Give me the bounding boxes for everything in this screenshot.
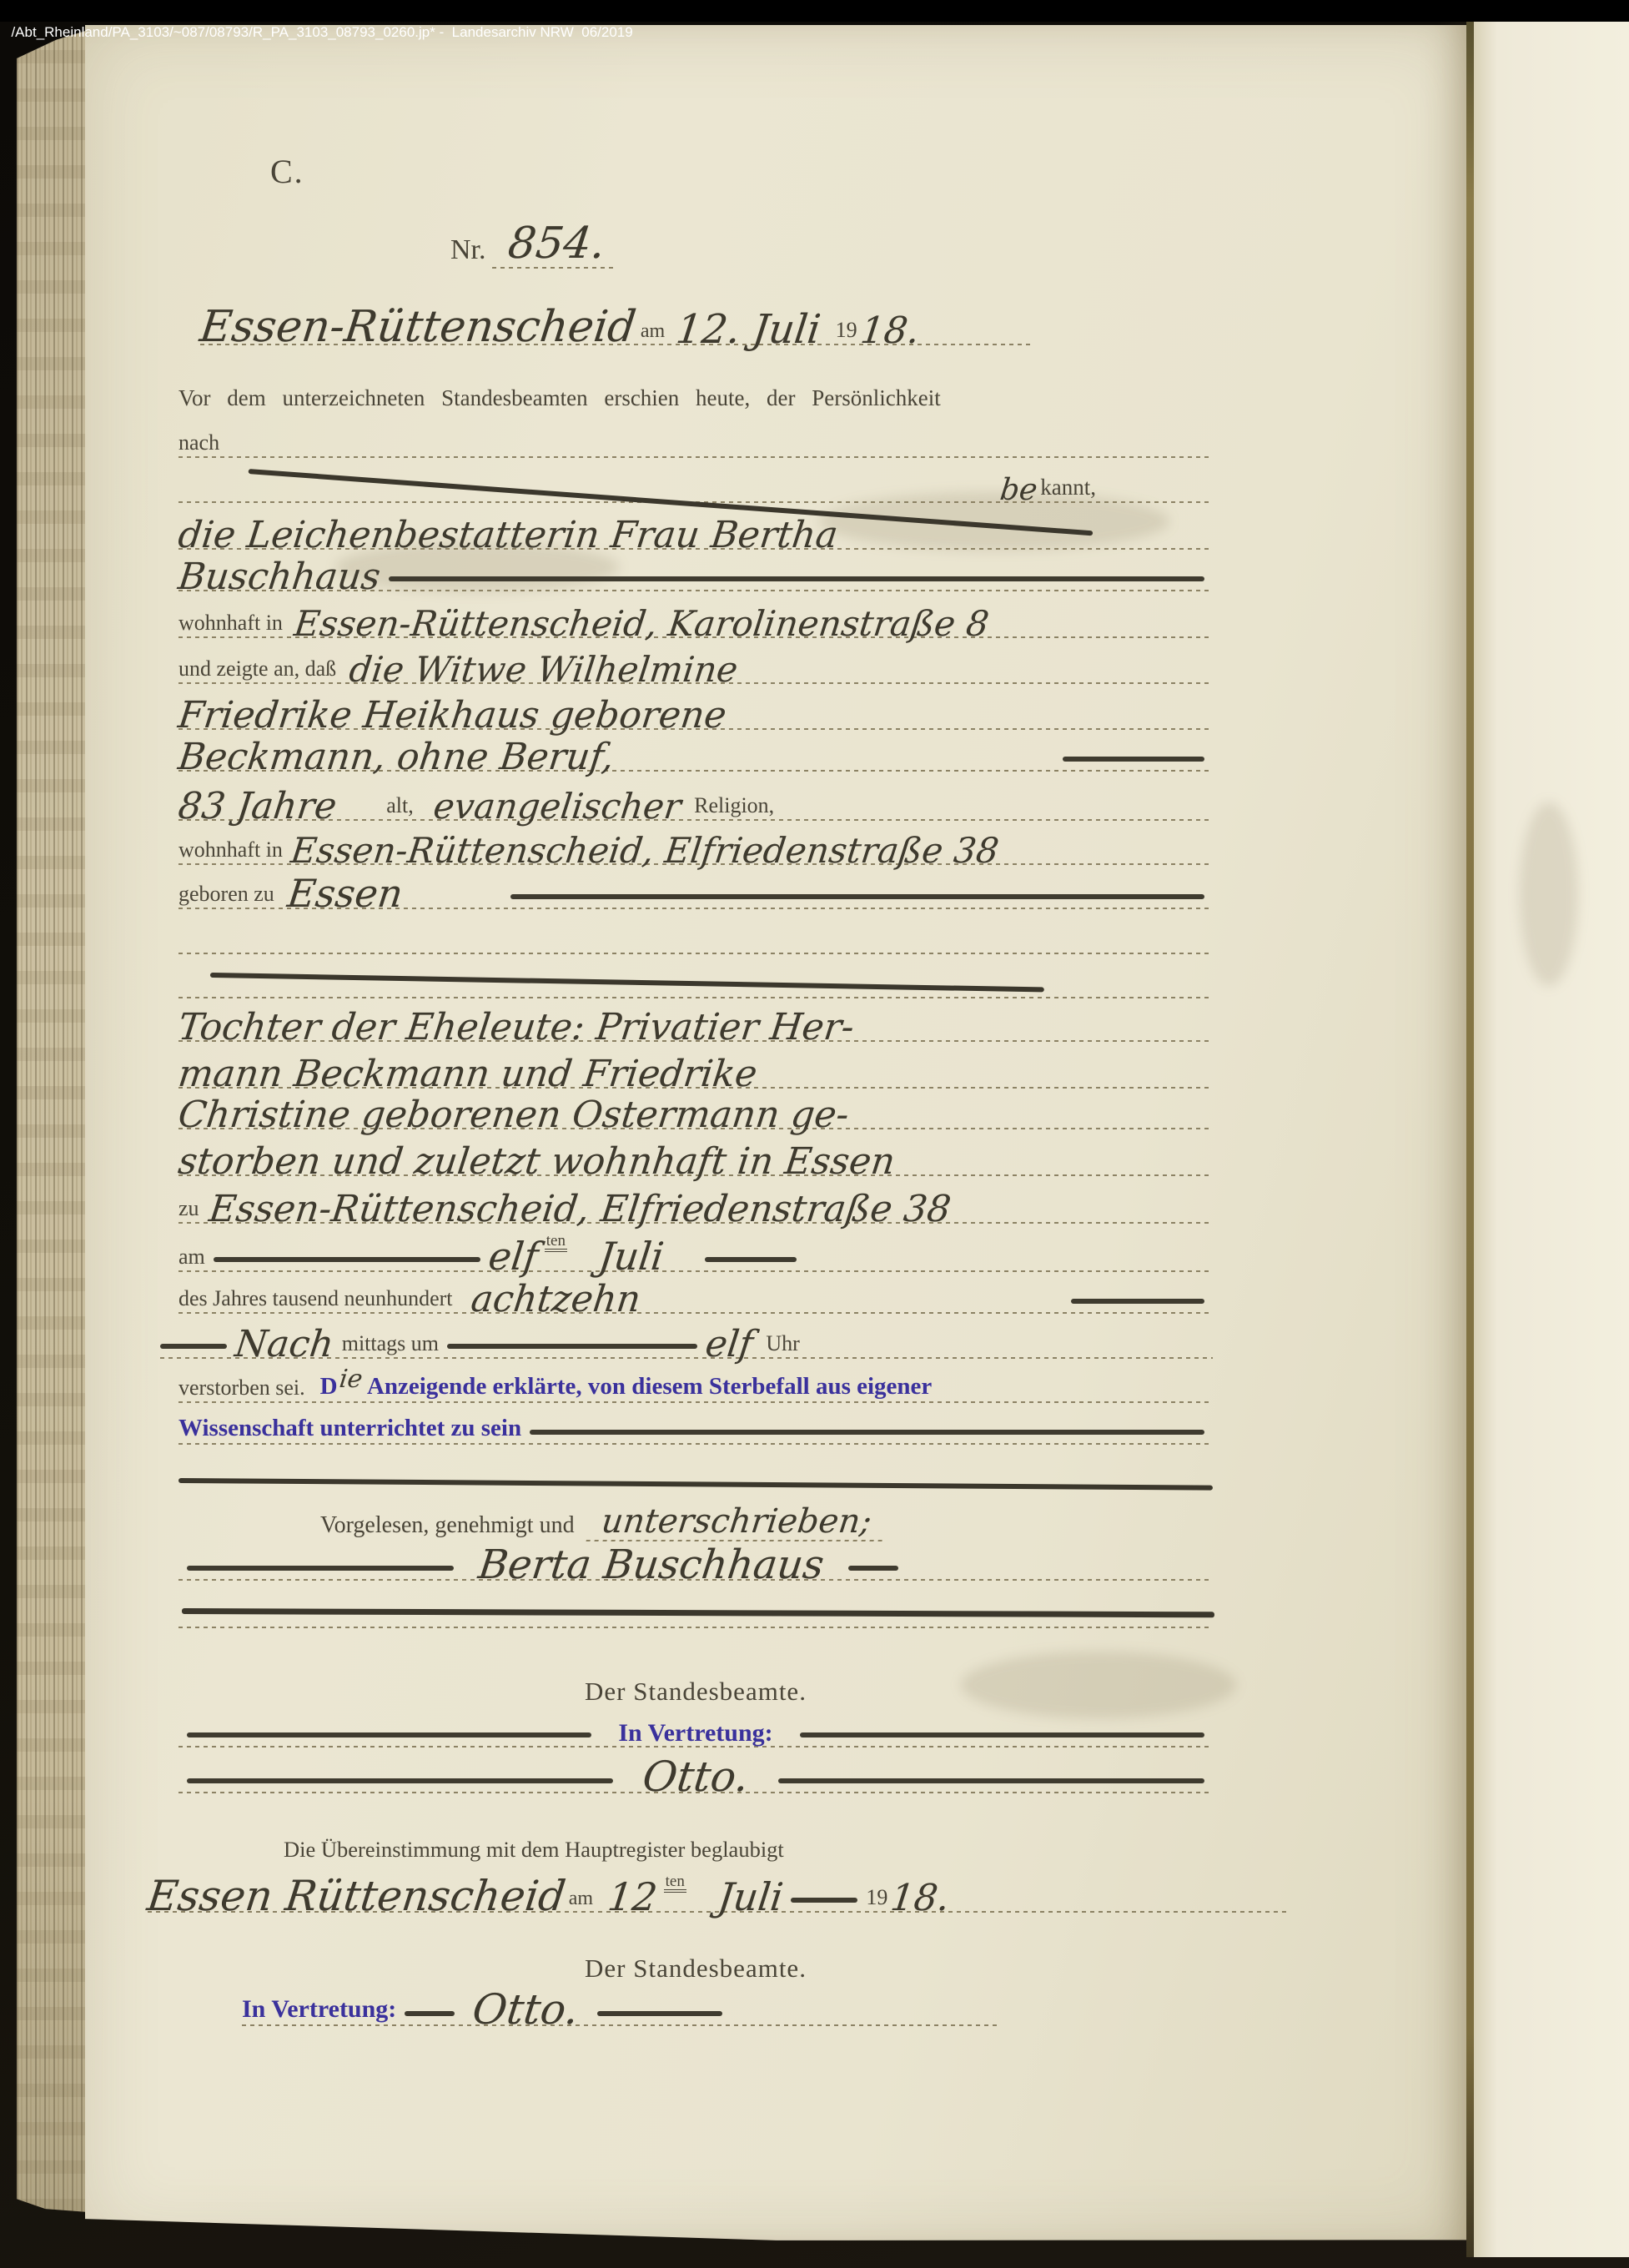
nach-label: nach: [178, 430, 219, 455]
form-line-stamp-1: verstorben sei. D ie Anzeigende erklärte…: [178, 1356, 1213, 1403]
am-label: am: [178, 1245, 205, 1270]
record-number-value: 854.: [491, 227, 620, 269]
form-line-in-vertretung: In Vertretung:: [178, 1701, 1213, 1748]
bekannt-hw: be: [998, 479, 1038, 503]
deceased-line3-hw: Beckmann, ohne Beruf,: [177, 742, 616, 772]
geboren-zu-label: geboren zu: [178, 882, 274, 907]
form-line-deceased-2: Friedrike Heikhaus geborene: [178, 683, 1213, 730]
zeigte-an-label: und zeigte an, daß: [178, 656, 336, 681]
ink-strike: [405, 2011, 455, 2016]
ink-strike: [187, 1778, 613, 1783]
form-line-death-hour: Nach mittags um elf Uhr: [160, 1312, 1213, 1359]
intro-line: Vor dem unterzeichneten Standesbeamten e…: [178, 385, 941, 411]
dateline: Essen-Rüttenscheid am 12. Juli 19 18.: [200, 285, 1034, 345]
form-line-declarant-residence: wohnhaft in Essen-Rüttenscheid, Karoline…: [178, 591, 1213, 638]
form-line-blank-3: [178, 1582, 1213, 1628]
form-line-parents-4: storben und zuletzt wohnhaft in Essen: [178, 1129, 1213, 1176]
stamp-d: D: [320, 1373, 338, 1401]
death-place-hw: Essen-Rüttenscheid, Elfriedenstraße 38: [207, 1194, 952, 1224]
form-line-nach: nach: [178, 411, 1213, 458]
ink-strike: [597, 2011, 722, 2016]
ten-suffix: ten: [545, 1233, 567, 1252]
form-line-blank-1: [178, 908, 1213, 954]
age-hw: 83 Jahre: [177, 792, 339, 821]
form-line-death-year: des Jahres tausend neunhundert achtzehn: [178, 1267, 1213, 1314]
ink-strike: [791, 1898, 857, 1903]
dateline-year-hw: 18.: [858, 316, 920, 345]
stamp-ie-correction-hw: ie: [338, 1370, 363, 1390]
stamp-line1: Anzeigende erklärte, von diesem Sterbefa…: [367, 1373, 932, 1401]
uhr-label: Uhr: [766, 1331, 799, 1356]
ink-strike: [800, 1732, 1204, 1737]
form-line-declarant-1: die Leichenbestatterin Frau Bertha: [178, 503, 1213, 550]
record-number-line: Nr. 854.: [450, 214, 617, 269]
ink-strike: [778, 1778, 1204, 1783]
cert-month-hw: Juli: [716, 1882, 785, 1913]
deceased-line1-hw: die Witwe Wilhelmine: [348, 656, 739, 684]
document-page: C. Nr. 854. Essen-Rüttenscheid am 12. Ju…: [85, 25, 1468, 2242]
registrar-signature-2-hw: Otto.: [471, 1993, 581, 2026]
stamp-line2: Wissenschaft unterrichtet zu sein: [178, 1415, 521, 1442]
form-line-deceased-3: Beckmann, ohne Beruf,: [178, 725, 1213, 772]
form-line-deceased-1: und zeigte an, daß die Witwe Wilhelmine: [178, 637, 1213, 684]
book-page-edges: [17, 30, 88, 2212]
cert-year-hw: 18.: [889, 1883, 951, 1913]
form-line-parents-1: Tochter der Eheleute: Privatier Her-: [178, 995, 1213, 1042]
form-line-declarant-2: Buschhaus: [178, 545, 1213, 591]
declarant-residence-hw: Essen-Rüttenscheid, Karolinenstraße 8: [293, 610, 990, 638]
ink-strike: [187, 1732, 591, 1737]
form-line-registrar-signature: Otto.: [178, 1747, 1213, 1793]
cert-year-printed: 19: [866, 1885, 887, 1910]
title-bar: /Abt_Rheinland/PA_3103/~087/08793/R_PA_3…: [0, 0, 1629, 22]
form-line-death-place: zu Essen-Rüttenscheid, Elfriedenstraße 3…: [178, 1177, 1213, 1224]
religion-label: Religion,: [694, 793, 774, 818]
ink-strike: [214, 1257, 480, 1262]
religion-hw: evangelischer: [432, 792, 682, 821]
ink-strike: [510, 894, 1204, 899]
bekannt-printed: kannt,: [1040, 475, 1096, 500]
zu-label: zu: [178, 1196, 199, 1221]
parents-line4-hw: storben und zuletzt wohnhaft in Essen: [177, 1147, 897, 1176]
ink-strike: [530, 1430, 1204, 1435]
parents-line1-hw: Tochter der Eheleute: Privatier Her-: [177, 1013, 856, 1042]
deceased-residence-hw: Essen-Rüttenscheid, Elfriedenstraße 38: [289, 837, 1000, 865]
ink-strike-heavy: [178, 1478, 1213, 1491]
cert-am-label: am: [569, 1888, 593, 1910]
ink-strike: [447, 1344, 697, 1349]
cert-place-hw: Essen Rüttenscheid: [146, 1879, 568, 1913]
wohnhaft-in-label: wohnhaft in: [178, 611, 283, 636]
cert-ten-suffix: ten: [664, 1873, 686, 1893]
form-line-age-religion: 83 Jahre alt, evangelischer Religion,: [178, 774, 1213, 821]
form-line-stamp-2: Wissenschaft unterrichtet zu sein: [178, 1398, 1213, 1445]
wohnhaft-in-label-2: wohnhaft in: [178, 837, 283, 862]
parents-line3-hw: Christine geborenen Ostermann ge-: [177, 1100, 851, 1129]
verstorben-sei-label: verstorben sei.: [178, 1375, 305, 1401]
des-jahres-label: des Jahres tausend neunhundert: [178, 1286, 453, 1311]
corner-mark: C.: [270, 152, 304, 191]
form-line-parents-2: mann Beckmann und Friedrike: [178, 1042, 1213, 1089]
ink-strike: [389, 576, 1204, 581]
form-line-cert-dateline: Essen Rüttenscheid am 12 ten Juli 19 18.: [148, 1851, 1290, 1913]
in-vertretung-stamp: In Vertretung:: [618, 1719, 772, 1748]
form-line-birthplace: geboren zu Essen: [178, 862, 1213, 909]
archive-scan-viewer: { "title_bar": { "text": "/Abt_Rheinland…: [0, 0, 1629, 2268]
mittags-um-label: mittags um: [342, 1331, 439, 1356]
alt-label: alt,: [386, 793, 414, 818]
death-hour-hw: elf: [704, 1330, 755, 1359]
death-year-hw: achtzehn: [469, 1285, 641, 1314]
in-vertretung-stamp-2: In Vertretung:: [242, 1995, 396, 2024]
daypart-hw: Nach: [234, 1330, 335, 1359]
dateline-am-label: am: [641, 320, 665, 343]
dateline-place: Essen-Rüttenscheid: [198, 310, 637, 345]
ink-strike: [1063, 757, 1204, 762]
record-number-label: Nr.: [450, 234, 486, 266]
declarant-line2-hw: Buschhaus: [177, 562, 382, 591]
ink-strike: [187, 1566, 454, 1571]
ink-strike: [705, 1257, 797, 1262]
form-line-death-day: am elf ten Juli: [178, 1225, 1213, 1272]
book-gutter: [1466, 20, 1474, 2257]
form-line-deceased-residence: wohnhaft in Essen-Rüttenscheid, Elfriede…: [178, 818, 1213, 865]
title-bar-text: /Abt_Rheinland/PA_3103/~087/08793/R_PA_3…: [11, 24, 632, 40]
form-line-in-vertretung-2: In Vertretung: Otto.: [242, 1979, 1001, 2026]
registrar-signature-hw: Otto.: [641, 1760, 750, 1793]
cert-day-hw: 12: [606, 1882, 659, 1913]
ink-strike: [160, 1344, 227, 1349]
dateline-year-printed: 19: [836, 318, 857, 343]
ink-strike: [1071, 1299, 1204, 1304]
facing-page: [1474, 18, 1629, 2257]
birthplace-hw: Essen: [286, 878, 405, 909]
ink-strike: [848, 1566, 898, 1571]
declarant-signature-hw: Berta Buschhaus: [477, 1549, 826, 1581]
dateline-date: 12. Juli: [675, 314, 822, 345]
form-line-parents-3: Christine geborenen Ostermann ge-: [178, 1083, 1213, 1129]
form-line-signature: Berta Buschhaus: [178, 1534, 1213, 1581]
bleed-through-smudge: [1520, 802, 1578, 986]
